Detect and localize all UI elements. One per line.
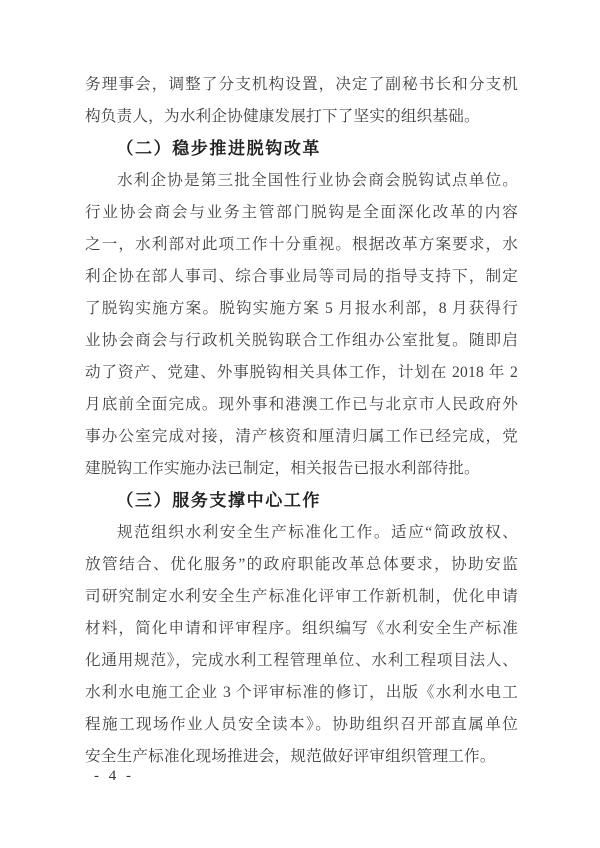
text-line: 建脱钩工作实施办法已制定，相关报告已报水利部待批。 [85, 453, 518, 485]
text-line: 化通用规范》，完成水利工程管理单位、水利工程项目法人、 [85, 645, 518, 677]
text-line: 材料，简化申请和评审程序。组织编写《水利安全生产标准 [85, 613, 518, 645]
text-line: 利企协在部人事司、综合事业局等司局的指导支持下，制定 [85, 261, 518, 293]
text-line: 了脱钩实施方案。脱钩实施方案 5 月报水利部，8 月获得行 [85, 293, 518, 325]
text-line: 规范组织水利安全生产标准化工作。适应“简政放权、 [85, 517, 518, 549]
text-line: 构负责人，为水利企协健康发展打下了坚实的组织基础。 [85, 101, 518, 133]
text-line: 事办公室完成对接，清产核资和厘清归属工作已经完成，党 [85, 421, 518, 453]
text-line: 放管结合、优化服务”的政府职能改革总体要求，协助安监 [85, 549, 518, 581]
document-page: 务理事会，调整了分支机构设置，决定了副秘书长和分支机构负责人，为水利企协健康发展… [0, 0, 600, 848]
document-body: 务理事会，调整了分支机构设置，决定了副秘书长和分支机构负责人，为水利企协健康发展… [85, 69, 518, 773]
text-line: 水利企协是第三批全国性行业协会商会脱钩试点单位。 [85, 165, 518, 197]
text-line: 行业协会商会与业务主管部门脱钩是全面深化改革的内容 [85, 197, 518, 229]
section-heading: （三）服务支撑中心工作 [85, 485, 518, 517]
text-line: 之一，水利部对此项工作十分重视。根据改革方案要求，水 [85, 229, 518, 261]
text-line: 业协会商会与行政机关脱钩联合工作组办公室批复。随即启 [85, 325, 518, 357]
text-line: 安全生产标准化现场推进会，规范做好评审组织管理工作。 [85, 741, 518, 773]
text-line: 动了资产、党建、外事脱钩相关具体工作，计划在 2018 年 2 [85, 357, 518, 389]
text-line: 水利水电施工企业 3 个评审标准的修订，出版《水利水电工 [85, 677, 518, 709]
page-number: - 4 - [94, 763, 134, 789]
section-heading: （二）稳步推进脱钩改革 [85, 133, 518, 165]
text-line: 务理事会，调整了分支机构设置，决定了副秘书长和分支机 [85, 69, 518, 101]
text-line: 程施工现场作业人员安全读本》。协助组织召开部直属单位 [85, 709, 518, 741]
text-line: 司研究制定水利安全生产标准化评审工作新机制，优化申请 [85, 581, 518, 613]
text-line: 月底前全面完成。现外事和港澳工作已与北京市人民政府外 [85, 389, 518, 421]
